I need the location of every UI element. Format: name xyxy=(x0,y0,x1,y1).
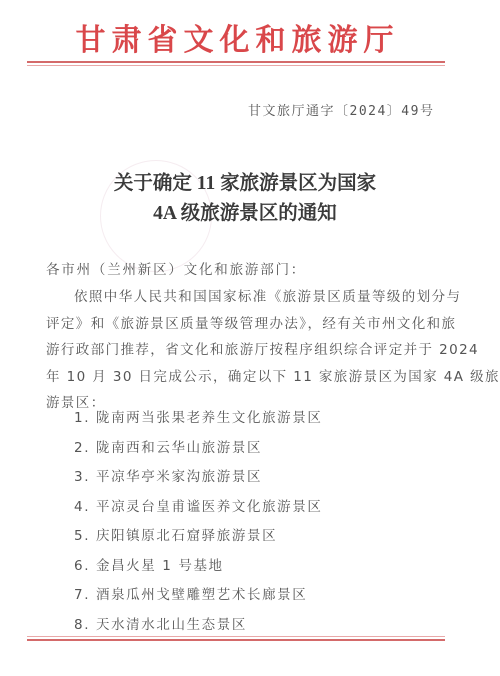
document-title-line-1: 关于确定 11 家旅游景区为国家 xyxy=(0,170,495,198)
list-item: 3. 平凉华亭米家沟旅游景区 xyxy=(74,463,322,493)
list-item: 4. 平凉灵台皇甫谧医养文化旅游景区 xyxy=(74,493,322,523)
salutation: 各市州（兰州新区）文化和旅游部门： xyxy=(46,258,306,278)
footer-rule-thin xyxy=(27,636,445,637)
list-item: 5. 庆阳镇原北石窟驿旅游景区 xyxy=(74,522,322,552)
body-paragraph: 依照中华人民共和国国家标准《旅游景区质量等级的划分与 评定》和《旅游景区质量等级… xyxy=(46,284,456,417)
list-item: 2. 陇南西和云华山旅游景区 xyxy=(74,434,322,464)
body-line: 游行政部门推荐，省文化和旅游厅按程序组织综合评定并于 2024 xyxy=(46,337,456,364)
letterhead-title: 甘肃省文化和旅游厅 xyxy=(0,24,475,58)
body-line: 年 10 月 30 日完成公示，确定以下 11 家旅游景区为国家 4A 级旅 xyxy=(46,364,456,391)
list-item: 6. 金昌火星 1 号基地 xyxy=(74,552,322,582)
document-title-line-2: 4A 级旅游景区的通知 xyxy=(0,200,495,228)
list-item: 1. 陇南两当张果老养生文化旅游景区 xyxy=(74,404,322,434)
document-number: 甘文旅厅通字〔2024〕49号 xyxy=(248,100,434,119)
footer-rule-thick xyxy=(27,639,445,641)
body-line: 依照中华人民共和国国家标准《旅游景区质量等级的划分与 xyxy=(46,284,456,311)
letterhead-rule-thin xyxy=(27,65,445,66)
letterhead-rule-thick xyxy=(27,61,445,63)
scenic-area-list: 1. 陇南两当张果老养生文化旅游景区 2. 陇南西和云华山旅游景区 3. 平凉华… xyxy=(74,404,322,640)
list-item: 7. 酒泉瓜州戈壁雕塑艺术长廊景区 xyxy=(74,581,322,611)
body-line: 评定》和《旅游景区质量等级管理办法》，经有关市州文化和旅 xyxy=(46,311,456,338)
